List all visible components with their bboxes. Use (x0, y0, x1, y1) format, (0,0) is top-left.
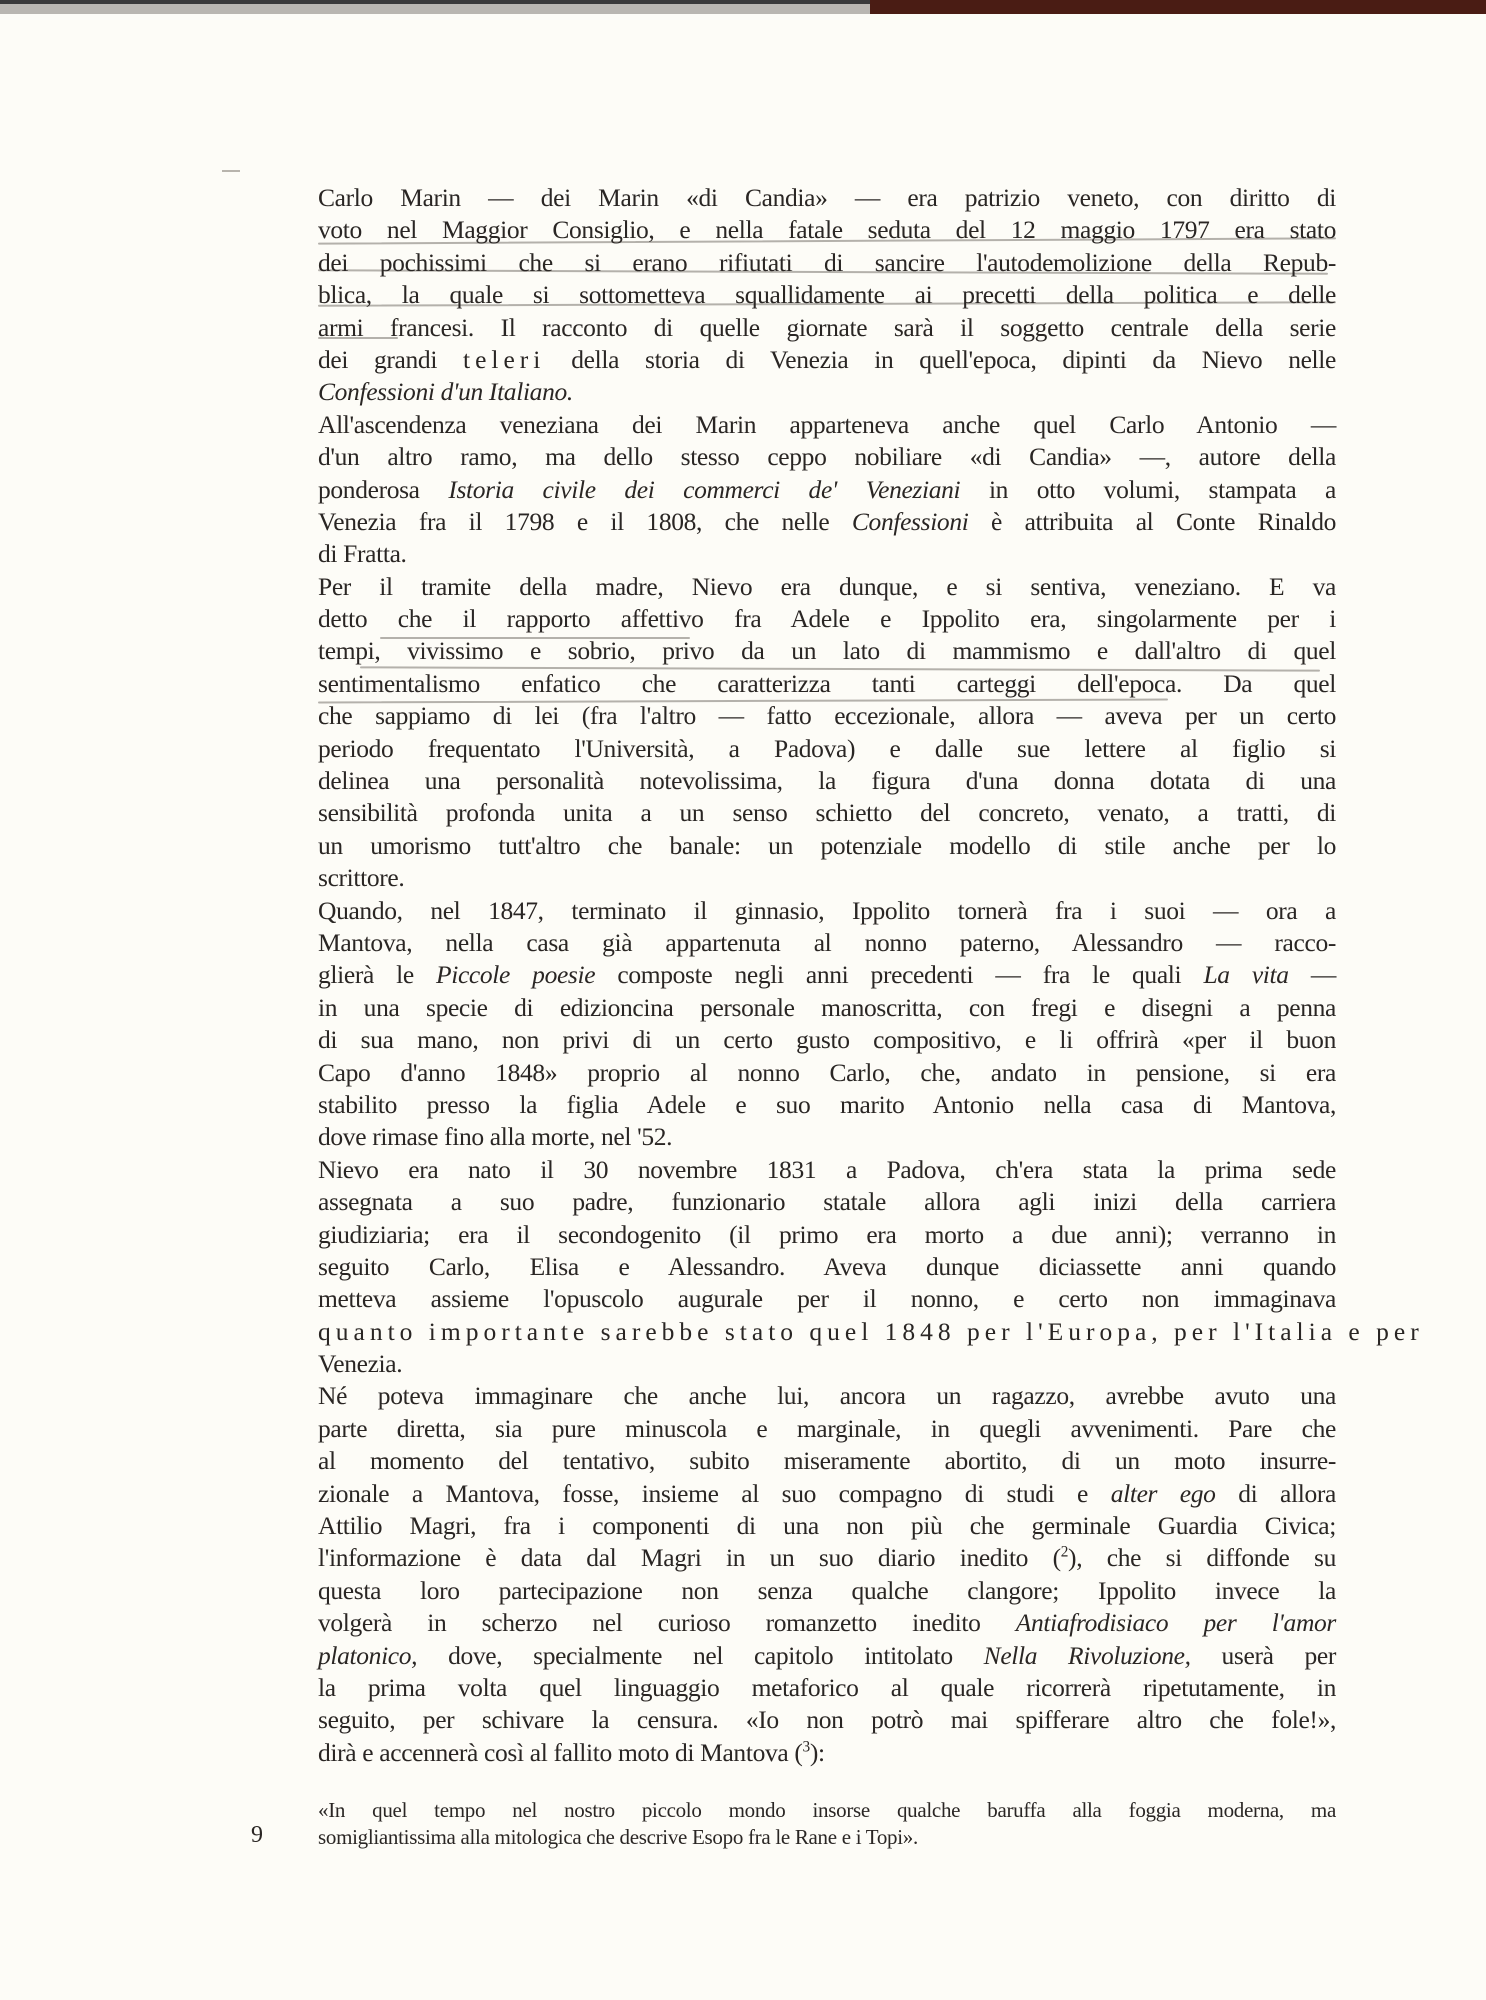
text-segment: Carlo Marin — dei Marin «di Candia» — er… (318, 183, 1336, 212)
text-segment: della storia di Venezia in quell'epoca, … (545, 345, 1336, 374)
text-line: Per il tramite della madre, Nievo era du… (318, 571, 1336, 603)
text-line: Quando, nel 1847, terminato il ginnasio,… (318, 895, 1336, 927)
text-segment: All'ascendenza veneziana dei Marin appar… (318, 410, 1336, 439)
text-line: di Fratta. (318, 538, 1336, 570)
text-line: glierà le Piccole poesie composte negli … (318, 959, 1336, 991)
text-line: stabilito presso la figlia Adele e suo m… (318, 1089, 1336, 1121)
text-segment: dove, specialmente nel capitolo intitola… (417, 1641, 983, 1670)
text-line: di sua mano, non privi di un certo gusto… (318, 1024, 1336, 1056)
text-segment: Per il tramite della madre, Nievo era du… (318, 572, 1336, 601)
scan-edge-left (0, 0, 870, 14)
text-line: volgerà in scherzo nel curioso romanzett… (318, 1607, 1336, 1639)
text-segment: Nella Rivoluzione, (984, 1641, 1191, 1670)
text-line: seguito, per schivare la censura. «Io no… (318, 1704, 1336, 1736)
text-line: in una specie di edizioncina personale m… (318, 992, 1336, 1024)
text-segment: dei pochissimi che si erano rifiutati di… (318, 248, 1336, 277)
text-line: seguito Carlo, Elisa e Alessandro. Aveva… (318, 1251, 1336, 1283)
text-segment: voto nel Maggior Consiglio, e nella fata… (318, 215, 1336, 244)
page-number: 9 (251, 1822, 263, 1849)
text-segment: Attilio Magri, fra i componenti di una n… (318, 1511, 1336, 1540)
text-line: dirà e accennerà così al fallito moto di… (318, 1737, 1336, 1769)
text-line: Carlo Marin — dei Marin «di Candia» — er… (318, 182, 1336, 214)
text-line: Né poteva immaginare che anche lui, anco… (318, 1380, 1336, 1412)
text-segment: Venezia. (318, 1349, 402, 1378)
text-line: delinea una personalità notevolissima, l… (318, 765, 1336, 797)
text-segment: al momento del tentativo, subito miseram… (318, 1446, 1336, 1475)
text-segment: delinea una personalità notevolissima, l… (318, 766, 1336, 795)
text-line: platonico, dove, specialmente nel capito… (318, 1640, 1336, 1672)
quote-line: somigliantissima alla mitologica che des… (318, 1824, 1336, 1851)
text-segment: è attribuita al Conte Rinaldo (968, 507, 1336, 536)
text-segment: zionale a Mantova, fosse, insieme al suo… (318, 1479, 1111, 1508)
text-segment: dove rimase fino alla morte, nel '52. (318, 1122, 672, 1151)
text-segment: metteva assieme l'opuscolo augurale per … (318, 1284, 1336, 1313)
text-line: scrittore. (318, 862, 1336, 894)
text-line: periodo frequentato l'Università, a Pado… (318, 733, 1336, 765)
text-line: un umorismo tutt'altro che banale: un po… (318, 830, 1336, 862)
text-line: sensibilità profonda unita a un senso sc… (318, 797, 1336, 829)
block-quote: «In quel tempo nel nostro piccolo mondo … (318, 1797, 1336, 1851)
text-line: Capo d'anno 1848» proprio al nonno Carlo… (318, 1057, 1336, 1089)
text-line: Venezia. (318, 1348, 1336, 1380)
text-segment: Antiafrodisiaco per l'amor (1016, 1608, 1336, 1637)
text-segment: sentimentalismo enfatico che caratterizz… (318, 669, 1336, 698)
text-segment: Piccole poesie (436, 960, 595, 989)
text-line: l'informazione è data dal Magri in un su… (318, 1542, 1336, 1574)
text-segment: in una specie di edizioncina personale m… (318, 993, 1336, 1022)
text-line: quanto importante sarebbe stato quel 184… (318, 1316, 1336, 1348)
text-segment: teleri (463, 345, 545, 374)
text-segment: volgerà in scherzo nel curioso romanzett… (318, 1608, 1016, 1637)
text-segment: che sappiamo di lei (fra l'altro — fatto… (318, 701, 1336, 730)
margin-mark (222, 170, 240, 172)
text-segment: Né poteva immaginare che anche lui, anco… (318, 1381, 1336, 1410)
text-line: al momento del tentativo, subito miseram… (318, 1445, 1336, 1477)
text-line: dei pochissimi che si erano rifiutati di… (318, 247, 1336, 279)
text-line: Attilio Magri, fra i componenti di una n… (318, 1510, 1336, 1542)
text-segment: d'un altro ramo, ma dello stesso ceppo n… (318, 442, 1336, 471)
text-segment: di Fratta. (318, 539, 407, 568)
text-segment: Mantova, nella casa già appartenuta al n… (318, 928, 1336, 957)
text-line: metteva assieme l'opuscolo augurale per … (318, 1283, 1336, 1315)
text-segment: Quando, nel 1847, terminato il ginnasio,… (318, 896, 1336, 925)
quote-line: «In quel tempo nel nostro piccolo mondo … (318, 1797, 1336, 1824)
text-segment: Nievo era nato il 30 novembre 1831 a Pad… (318, 1155, 1336, 1184)
text-line: ponderosa Istoria civile dei commerci de… (318, 474, 1336, 506)
text-segment: stabilito presso la figlia Adele e suo m… (318, 1090, 1336, 1119)
text-segment: Venezia fra il 1798 e il 1808, che nelle (318, 507, 852, 536)
text-segment: Capo d'anno 1848» proprio al nonno Carlo… (318, 1058, 1336, 1087)
text-line: voto nel Maggior Consiglio, e nella fata… (318, 214, 1336, 246)
text-segment: assegnata a suo padre, funzionario stata… (318, 1187, 1336, 1216)
text-line: armi francesi. Il racconto di quelle gio… (318, 312, 1336, 344)
text-line: All'ascendenza veneziana dei Marin appar… (318, 409, 1336, 441)
scan-edge-right (870, 0, 1486, 14)
text-line: assegnata a suo padre, funzionario stata… (318, 1186, 1336, 1218)
text-segment: seguito, per schivare la censura. «Io no… (318, 1705, 1336, 1734)
text-segment: detto che il rapporto affettivo fra Adel… (318, 604, 1336, 633)
text-line: Nievo era nato il 30 novembre 1831 a Pad… (318, 1154, 1336, 1186)
text-line: che sappiamo di lei (fra l'altro — fatto… (318, 700, 1336, 732)
text-segment: 2 (1061, 1544, 1068, 1561)
text-segment: tempi, vivissimo e sobrio, privo da un l… (318, 636, 1336, 665)
text-line: tempi, vivissimo e sobrio, privo da un l… (318, 635, 1336, 667)
text-segment: dirà e accennerà così al fallito moto di… (318, 1738, 803, 1767)
text-line: Venezia fra il 1798 e il 1808, che nelle… (318, 506, 1336, 538)
text-segment: di sua mano, non privi di un certo gusto… (318, 1025, 1336, 1054)
text-segment: scrittore. (318, 863, 404, 892)
text-line: questa loro partecipazione non senza qua… (318, 1575, 1336, 1607)
text-segment: alter ego (1111, 1479, 1216, 1508)
text-segment: La vita (1203, 960, 1288, 989)
text-segment: questa loro partecipazione non senza qua… (318, 1576, 1336, 1605)
text-segment: la prima volta quel linguaggio metaforic… (318, 1673, 1336, 1702)
text-line: Confessioni d'un Italiano. (318, 376, 1336, 408)
text-segment: parte diretta, sia pure minuscola e marg… (318, 1414, 1336, 1443)
text-line: d'un altro ramo, ma dello stesso ceppo n… (318, 441, 1336, 473)
text-segment: glierà le (318, 960, 436, 989)
text-line: sentimentalismo enfatico che caratterizz… (318, 668, 1336, 700)
text-segment: platonico, (318, 1641, 417, 1670)
text-segment: seguito Carlo, Elisa e Alessandro. Aveva… (318, 1252, 1336, 1281)
text-segment: ), che si diffonde su (1068, 1543, 1336, 1572)
text-line: giudiziaria; era il secondogenito (il pr… (318, 1219, 1336, 1251)
text-line: dove rimase fino alla morte, nel '52. (318, 1121, 1336, 1153)
text-line: la prima volta quel linguaggio metaforic… (318, 1672, 1336, 1704)
text-segment: quanto importante sarebbe stato quel 184… (318, 1317, 1376, 1346)
text-segment: blica, la quale si sottometteva squallid… (318, 280, 1336, 309)
text-segment: di allora (1216, 1479, 1336, 1508)
text-segment: periodo frequentato l'Università, a Pado… (318, 734, 1336, 763)
text-line: zionale a Mantova, fosse, insieme al suo… (318, 1478, 1336, 1510)
text-segment: l'informazione è data dal Magri in un su… (318, 1543, 1061, 1572)
text-segment: composte negli anni precedenti — fra le … (595, 960, 1203, 989)
text-segment: userà per (1191, 1641, 1336, 1670)
body-text: Carlo Marin — dei Marin «di Candia» — er… (318, 182, 1336, 1769)
text-segment: — (1289, 960, 1336, 989)
text-line: parte diretta, sia pure minuscola e marg… (318, 1413, 1336, 1445)
text-line: Mantova, nella casa già appartenuta al n… (318, 927, 1336, 959)
text-segment: Confessioni (852, 507, 969, 536)
text-segment: un umorismo tutt'altro che banale: un po… (318, 831, 1336, 860)
text-line: detto che il rapporto affettivo fra Adel… (318, 603, 1336, 635)
text-segment: ): (810, 1738, 825, 1767)
text-segment: dei grandi (318, 345, 463, 374)
text-segment: Confessioni d'un Italiano. (318, 377, 573, 406)
scan-edge (0, 0, 1486, 14)
text-segment: sensibilità profonda unita a un senso sc… (318, 798, 1336, 827)
text-segment: 3 (803, 1738, 810, 1755)
text-segment: Istoria civile dei commerci de' Venezian… (448, 475, 960, 504)
text-segment: per (1376, 1317, 1424, 1346)
text-segment: in otto volumi, stampata a (960, 475, 1336, 504)
text-segment: armi francesi. Il racconto di quelle gio… (318, 313, 1336, 342)
text-line: blica, la quale si sottometteva squallid… (318, 279, 1336, 311)
text-segment: giudiziaria; era il secondogenito (il pr… (318, 1220, 1336, 1249)
text-line: dei grandi teleri della storia di Venezi… (318, 344, 1336, 376)
text-segment: ponderosa (318, 475, 448, 504)
